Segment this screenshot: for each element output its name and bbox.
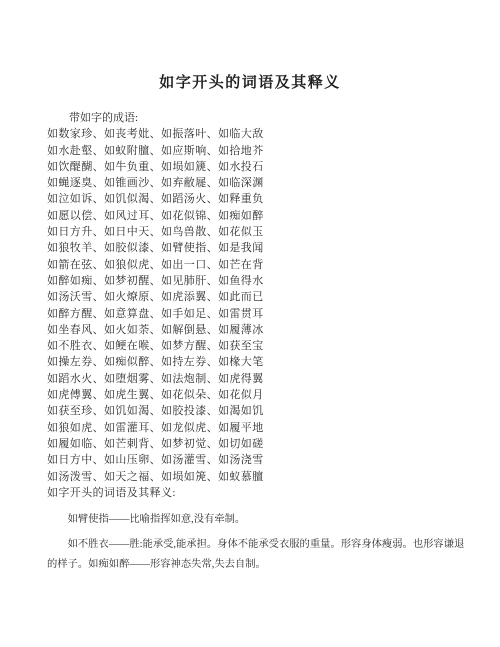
- idiom-line: 如醉方醒、如意算盘、如手如足、如雷贯耳: [47, 306, 474, 322]
- intro-label: 带如字的成语:: [47, 110, 474, 126]
- idiom-line: 如汤泼雪、如天之福、如埙如箎、如蚁慕膻: [47, 469, 474, 485]
- idiom-line: 如狼如虎、如雷灌耳、如龙似虎、如履平地: [47, 420, 474, 436]
- idiom-line: 如泣如诉、如饥似渴、如蹈汤火、如释重负: [47, 191, 474, 207]
- idiom-line: 如不胜衣、如鲠在喉、如梦方醒、如获至宝: [47, 338, 474, 354]
- idiom-line: 如虎傅翼、如虎生翼、如花似朵、如花似月: [47, 387, 474, 403]
- idiom-line: 如履如临、如芒刺背、如梦初觉、如切如磋: [47, 436, 474, 452]
- idiom-line: 如箭在弦、如狼似虎、如出一口、如芒在背: [47, 257, 474, 273]
- idiom-line: 如蝇逐臭、如锥画沙、如弃敝屣、如临深渊: [47, 175, 474, 191]
- idiom-line: 如操左券、如痴似醉、如持左券、如椽大笔: [47, 354, 474, 370]
- idiom-line: 如醉如痴、如梦初醒、如见肺肝、如鱼得水: [47, 273, 474, 289]
- idiom-line: 如蹈水火、如堕烟雾、如法炮制、如虎得翼: [47, 371, 474, 387]
- idiom-line: 如饮醍醐、如牛负重、如埙如篪、如水投石: [47, 159, 474, 175]
- idiom-list-section: 带如字的成语: 如数家珍、如丧考妣、如振落叶、如临大敌 如水赴壑、如蚁附膻、如应…: [0, 110, 500, 501]
- definition-paragraph: 如不胜衣——胜:能承受,能承担。身体不能承受衣服的重量。形容身体瘦弱。也形容谦退…: [47, 535, 474, 575]
- idiom-line: 如坐春风、如火如荼、如解倒悬、如履薄冰: [47, 322, 474, 338]
- page-title: 如字开头的词语及其释义: [0, 72, 500, 94]
- idiom-line: 如狼牧羊、如胶似漆、如臂使指、如是我闻: [47, 240, 474, 256]
- idiom-line: 如汤沃雪、如火燎原、如虎添翼、如此而已: [47, 289, 474, 305]
- definition-paragraph: 如臂使指——比喻指挥如意,没有牵制。: [47, 510, 474, 530]
- section-header: 如字开头的词语及其释义:: [47, 485, 474, 501]
- idiom-line: 如愿以偿、如风过耳、如花似锦、如痴如醉: [47, 208, 474, 224]
- definitions-section: 如臂使指——比喻指挥如意,没有牵制。 如不胜衣——胜:能承受,能承担。身体不能承…: [0, 510, 500, 575]
- idiom-line: 如日方升、如日中天、如鸟兽散、如花似玉: [47, 224, 474, 240]
- idiom-line: 如日方中、如山压卵、如汤灌雪、如汤浇雪: [47, 452, 474, 468]
- idiom-line: 如水赴壑、如蚁附膻、如应斯响、如拾地芥: [47, 143, 474, 159]
- idiom-line: 如获至珍、如饥如渴、如胶投漆、如渴如饥: [47, 403, 474, 419]
- idiom-line: 如数家珍、如丧考妣、如振落叶、如临大敌: [47, 126, 474, 142]
- document-page: 如字开头的词语及其释义 带如字的成语: 如数家珍、如丧考妣、如振落叶、如临大敌 …: [0, 0, 500, 647]
